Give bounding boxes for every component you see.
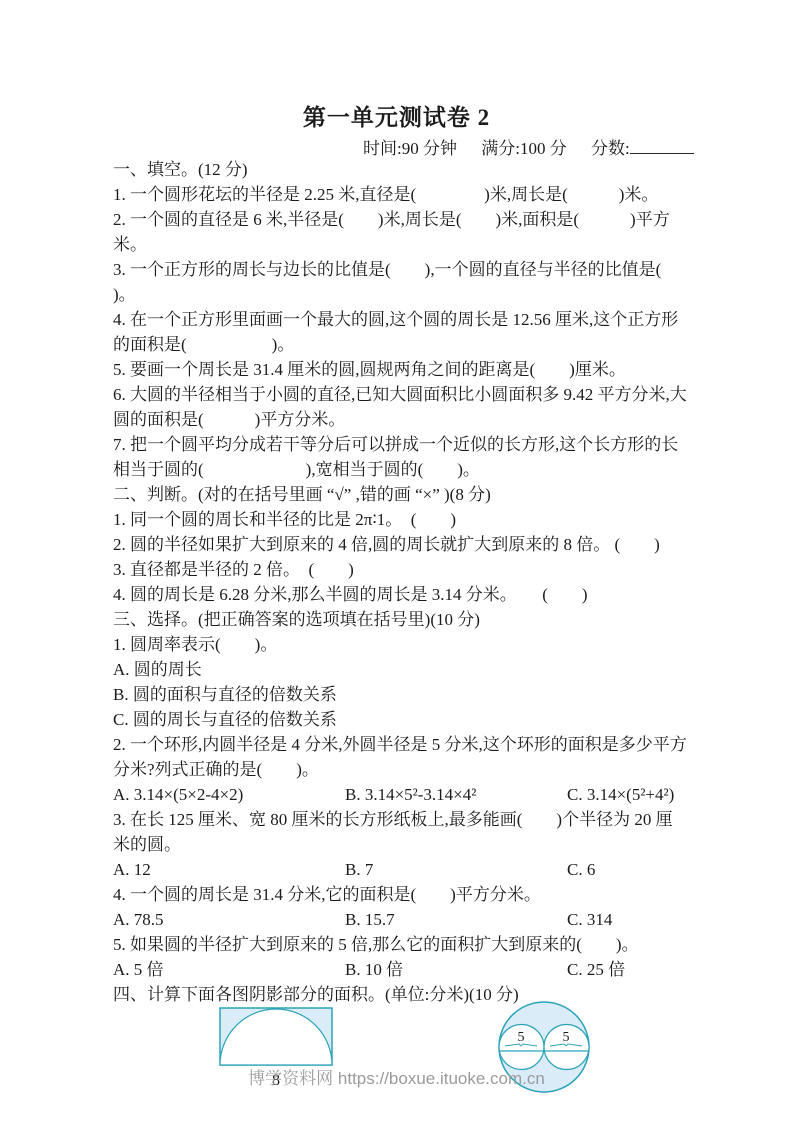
score-label: 分数:: [591, 139, 630, 158]
exam-time: 时间:90 分钟: [363, 139, 457, 158]
section-3-header: 三、选择。(把正确答案的选项填在括号里)(10 分): [113, 607, 688, 632]
judge-q2: 2. 圆的半径如果扩大到原来的 4 倍,圆的周长就扩大到原来的 8 倍。 ( ): [113, 532, 688, 557]
figure2-radius-label-left: 5: [518, 1030, 525, 1045]
fill-q1: 1. 一个圆形花坛的半径是 2.25 米,直径是( )米,周长是( )米。: [113, 182, 688, 207]
section-1-header: 一、填空。(12 分): [113, 157, 688, 182]
score-blank-line: [630, 138, 694, 154]
choice-q1: 1. 圆周率表示( )。: [113, 632, 688, 657]
choice-q3-option-c: C. 6: [567, 857, 688, 882]
choice-q3-option-a: A. 12: [113, 857, 345, 882]
choice-q3: 3. 在长 125 厘米、宽 80 厘米的长方形纸板上,最多能画( )个半径为 …: [113, 807, 688, 857]
fill-q5: 5. 要画一个周长是 31.4 厘米的圆,圆规两角之间的距离是( )厘米。: [113, 357, 688, 382]
choice-q5-option-b: B. 10 倍: [345, 957, 567, 982]
choice-q3-option-b: B. 7: [345, 857, 567, 882]
judge-q4: 4. 圆的周长是 6.28 分米,那么半圆的周长是 3.14 分米。 ( ): [113, 582, 688, 607]
fill-q6: 6. 大圆的半径相当于小圆的直径,已知大圆面积比小圆面积多 9.42 平方分米,…: [113, 382, 688, 432]
section-2-header: 二、判断。(对的在括号里画 “√” ,错的画 “×” )(8 分): [113, 482, 688, 507]
paper-content: 一、填空。(12 分) 1. 一个圆形花坛的半径是 2.25 米,直径是( )米…: [113, 157, 688, 1122]
fill-q4: 4. 在一个正方形里面画一个最大的圆,这个圆的周长是 12.56 厘米,这个正方…: [113, 307, 688, 357]
choice-q4: 4. 一个圆的周长是 31.4 分米,它的面积是( )平方分米。: [113, 882, 688, 907]
choice-q5-option-a: A. 5 倍: [113, 957, 345, 982]
choice-q4-option-b: B. 15.7: [345, 907, 567, 932]
exam-info-line: 时间:90 分钟 满分:100 分 分数:: [363, 134, 694, 159]
choice-q2-option-a: A. 3.14×(5×2-4×2): [113, 782, 345, 807]
choice-q1-option-a: A. 圆的周长: [113, 657, 688, 682]
fill-q2: 2. 一个圆的直径是 6 米,半径是( )米,周长是( )米,面积是( )平方米…: [113, 207, 688, 257]
choice-q2-option-b: B. 3.14×5²-3.14×4²: [345, 782, 567, 807]
judge-q3: 3. 直径都是半径的 2 倍。 ( ): [113, 557, 688, 582]
choice-q1-option-b: B. 圆的面积与直径的倍数关系: [113, 682, 688, 707]
test-paper-page: 第一单元测试卷 2 时间:90 分钟 满分:100 分 分数: 一、填空。(12…: [0, 0, 793, 1122]
section-4-header: 四、计算下面各图阴影部分的面积。(单位:分米)(10 分): [113, 982, 688, 1007]
choice-q5-option-c: C. 25 倍: [567, 957, 688, 982]
choice-q1-option-c: C. 圆的周长与直径的倍数关系: [113, 707, 688, 732]
choice-q4-option-c: C. 314: [567, 907, 688, 932]
fill-q7: 7. 把一个圆平均分成若干等分后可以拼成一个近似的长方形,这个长方形的长相当于圆…: [113, 432, 688, 482]
figure2-radius-label-right: 5: [563, 1030, 570, 1045]
choice-q4-options-row: A. 78.5 B. 15.7 C. 314: [113, 907, 688, 932]
choice-q5: 5. 如果圆的半径扩大到原来的 5 倍,那么它的面积扩大到原来的( )。: [113, 932, 688, 957]
choice-q5-options-row: A. 5 倍 B. 10 倍 C. 25 倍: [113, 957, 688, 982]
choice-q3-options-row: A. 12 B. 7 C. 6: [113, 857, 688, 882]
exam-full-score: 满分:100 分: [481, 139, 566, 158]
page-title: 第一单元测试卷 2: [0, 99, 793, 132]
watermark-footer: 博学资料网 https://boxue.ituoke.com.cn: [0, 1064, 793, 1089]
choice-q4-option-a: A. 78.5: [113, 907, 345, 932]
judge-q1: 1. 同一个圆的周长和半径的比是 2π∶1。 ( ): [113, 507, 688, 532]
choice-q2-option-c: C. 3.14×(5²+4²): [567, 782, 688, 807]
choice-q2: 2. 一个环形,内圆半径是 4 分米,外圆半径是 5 分米,这个环形的面积是多少…: [113, 732, 688, 782]
fill-q3: 3. 一个正方形的周长与边长的比值是( ),一个圆的直径与半径的比值是( )。: [113, 257, 688, 307]
choice-q2-options-row: A. 3.14×(5×2-4×2) B. 3.14×5²-3.14×4² C. …: [113, 782, 688, 807]
